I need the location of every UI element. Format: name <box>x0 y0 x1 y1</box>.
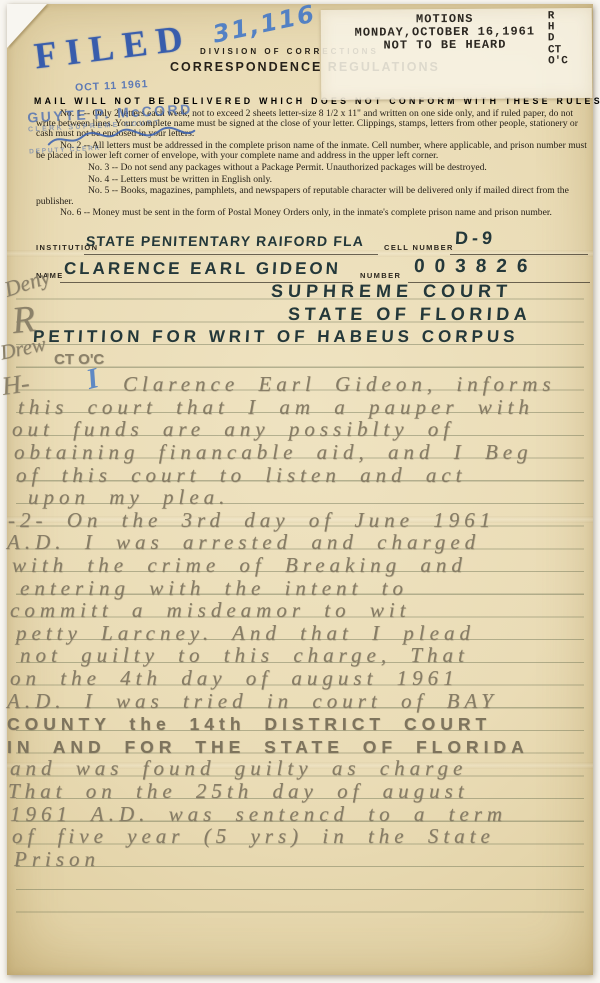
body-line: out funds are any possiblty of <box>12 417 454 442</box>
rule-item-6: No. 6 -- Money must be sent in the form … <box>36 208 592 218</box>
motions-slip-text: MOTIONS MONDAY,OCTOBER 16,1961 NOT TO BE… <box>339 12 551 52</box>
justice-initial: O'C <box>548 56 568 67</box>
petition-title: PETITION FOR WRIT OF HABEUS CORPUS <box>32 327 519 347</box>
field-underline <box>84 254 378 255</box>
rule-item-4: No. 4 -- Letters must be written in Engl… <box>36 175 592 185</box>
body-line: upon my plea. <box>28 485 229 510</box>
court-name-line: SUPHREME COURT <box>270 281 512 302</box>
justice-initials-column: R H D CT O'C <box>548 11 568 67</box>
body-line: Clarence Earl Gideon, informs <box>123 372 556 397</box>
court-state-line: STATE OF FLORIDA <box>287 304 531 325</box>
body-line: of five year (5 yrs) in the State <box>12 824 495 849</box>
body-line: Prison <box>14 847 100 872</box>
body-line: COUNTY the 14th DISTRICT COURT <box>7 714 491 735</box>
scanned-petition-page: { "stamps": { "filed": "FILED", "docket_… <box>0 0 600 983</box>
body-line: A.D. I was arrested and charged <box>7 530 480 555</box>
rule-item-3: No. 3 -- Do not send any packages withou… <box>36 163 592 173</box>
institution-value: STATE PENITENTARY RAIFORD FLA <box>86 233 365 249</box>
rule-item-5: No. 5 -- Books, magazines, pamphlets, an… <box>36 186 592 206</box>
cell-number-label: CELL NUMBER <box>384 243 454 252</box>
body-line: obtaining financable aid, and I Beg <box>14 440 533 465</box>
body-line: committ a misdeamor to wit <box>10 598 411 623</box>
not-heard-line: NOT TO BE HEARD <box>339 38 551 52</box>
margin-note-ct-oc: CT O'C <box>54 351 104 368</box>
body-line: IN AND FOR THE STATE OF FLORIDA <box>7 737 529 758</box>
prisoner-number-label: NUMBER <box>360 271 401 280</box>
body-line: That on the 25th day of august <box>8 779 469 804</box>
body-line: not guilty to this charge, That <box>20 643 469 668</box>
name-value: CLARENCE EARL GIDEON <box>63 259 341 279</box>
prisoner-number-value: 003826 <box>413 256 538 278</box>
body-line: with the crime of Breaking and <box>12 553 467 578</box>
body-line: and was found guilty as charge <box>10 756 467 781</box>
cell-number-value: D-9 <box>454 228 496 249</box>
motions-slip: MOTIONS MONDAY,OCTOBER 16,1961 NOT TO BE… <box>321 8 593 100</box>
body-line: A.D. I was tried in court of BAY <box>7 689 498 714</box>
body-line: on the 4th day of august 1961 <box>10 666 459 691</box>
justice-initial: D <box>548 34 568 45</box>
